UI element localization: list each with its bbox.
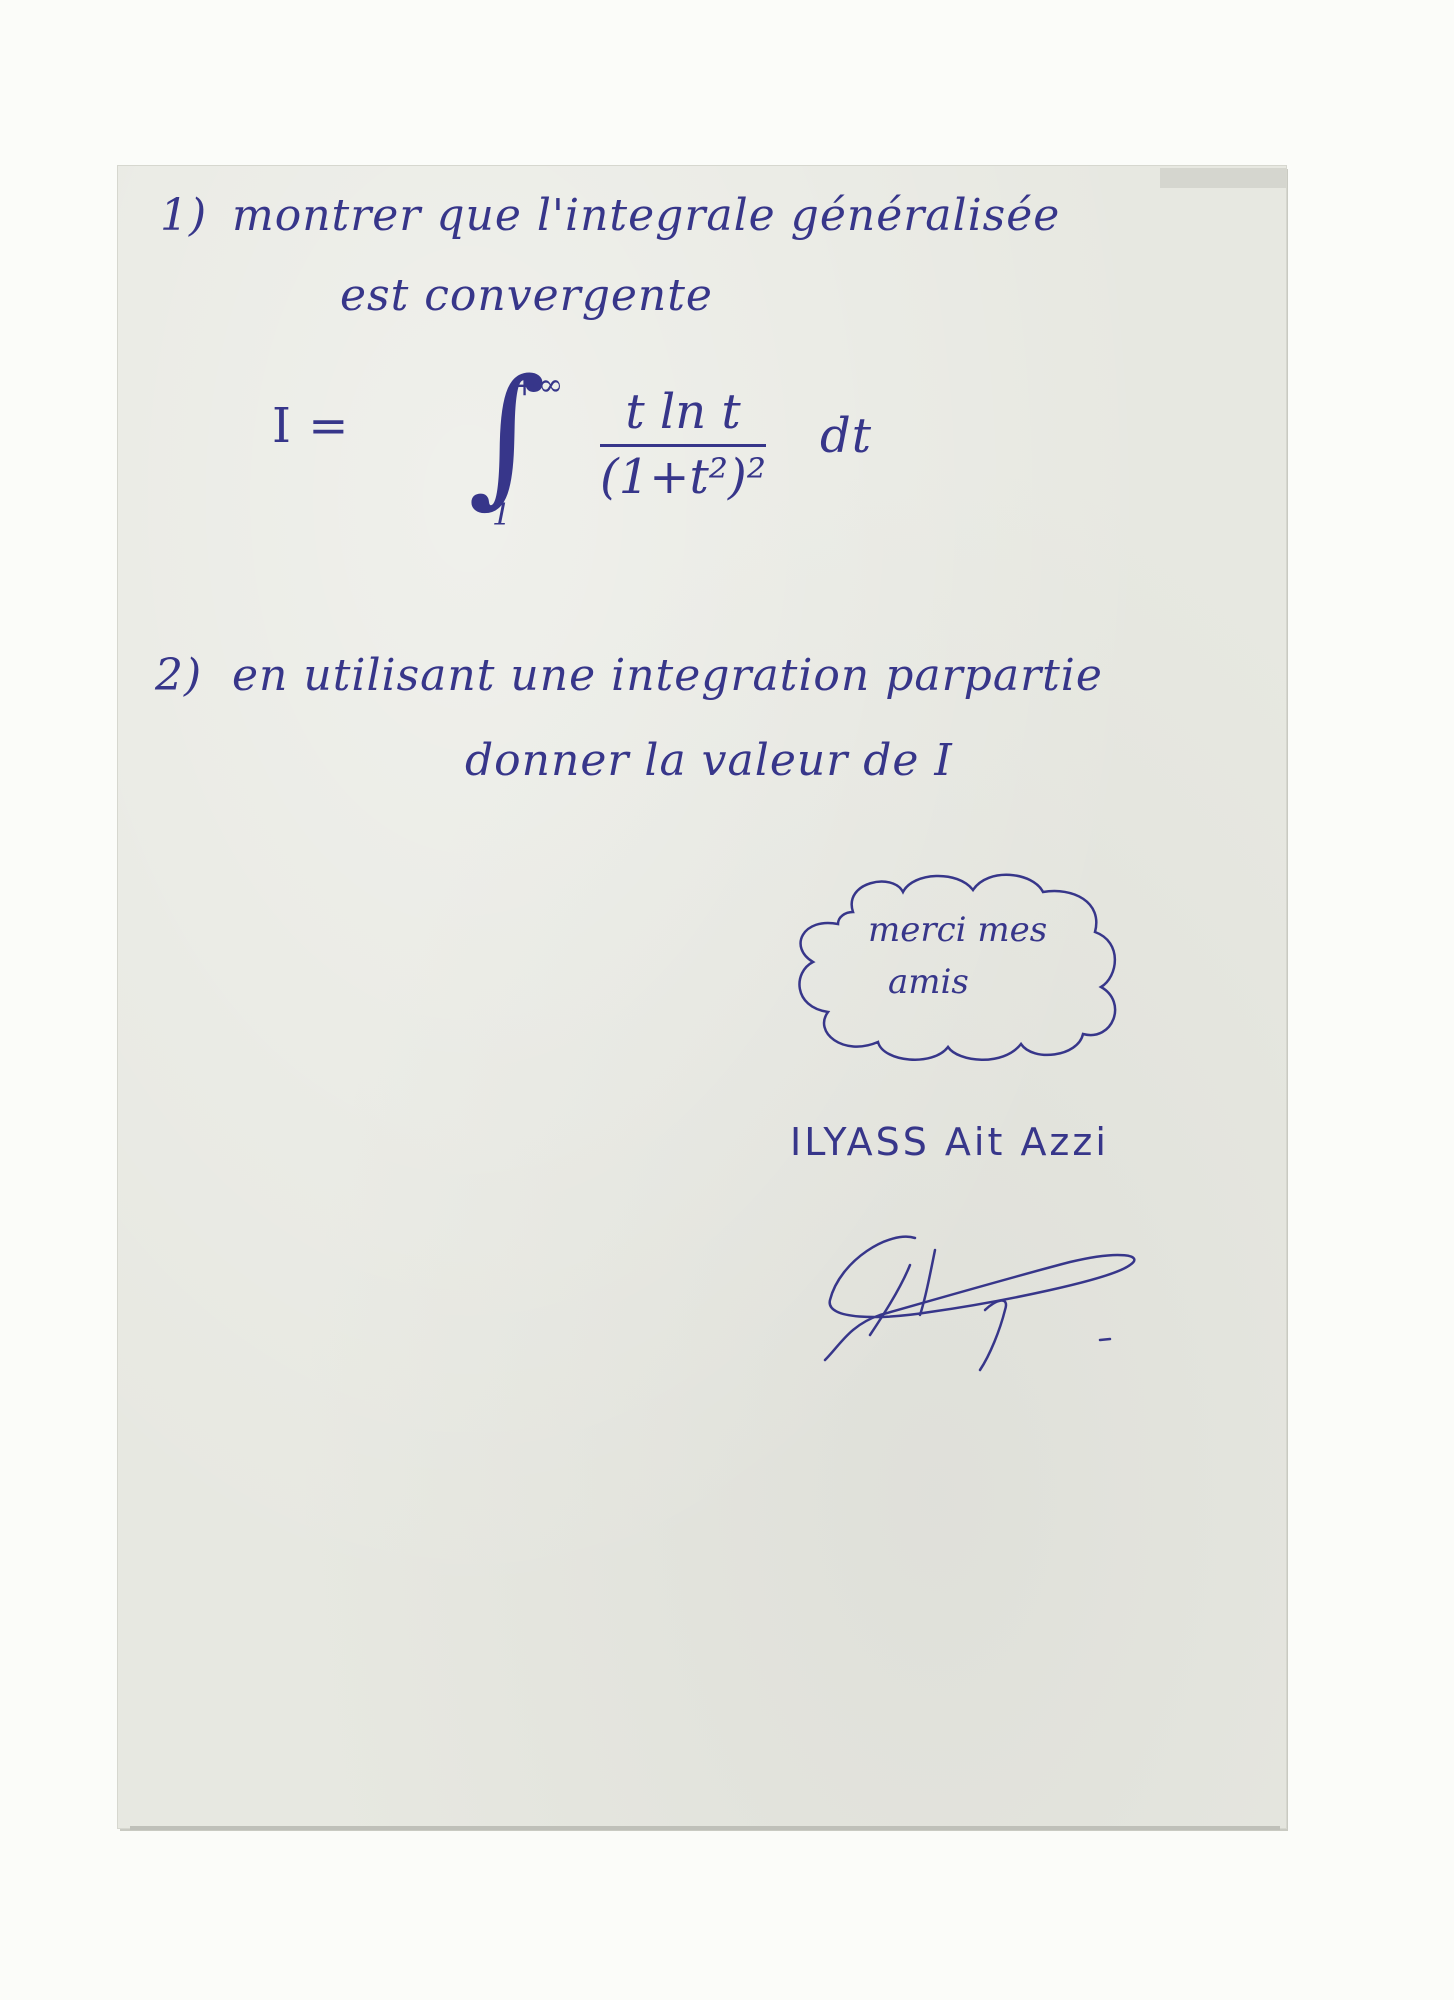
signature-scribble-icon (820, 1220, 1160, 1380)
integral-lhs: I = (272, 398, 349, 454)
question-1-line-2: est convergente (340, 270, 713, 321)
question-1-number: 1) (160, 190, 207, 241)
question-2-line-2: donner la valeur de I (465, 735, 953, 786)
question-2-number: 2) (155, 650, 202, 701)
question-2-line-1: en utilisant une integration parpartie (232, 650, 1103, 701)
cloud-text-line-2: amis (888, 962, 969, 1002)
integral-upper-limit: +∞ (512, 368, 564, 403)
thank-you-cloud: merci mes amis (783, 862, 1133, 1067)
question-1-line-1: montrer que l'integrale généralisée (232, 190, 1060, 241)
author-name: ILYASS Ait Azzi (790, 1120, 1109, 1164)
paper-fold-edge (1160, 168, 1286, 188)
integral-lower-limit: 1 (492, 498, 512, 533)
cloud-text-line-1: merci mes (868, 910, 1047, 950)
paper-bottom-edge (130, 1826, 1280, 1830)
integral-differential: dt (820, 408, 872, 464)
signature (820, 1220, 1160, 1384)
fraction-numerator: t ln t (611, 384, 754, 444)
fraction-denominator: (1+t²)² (600, 447, 766, 505)
integral-fraction: t ln t (1+t²)² (600, 384, 766, 505)
